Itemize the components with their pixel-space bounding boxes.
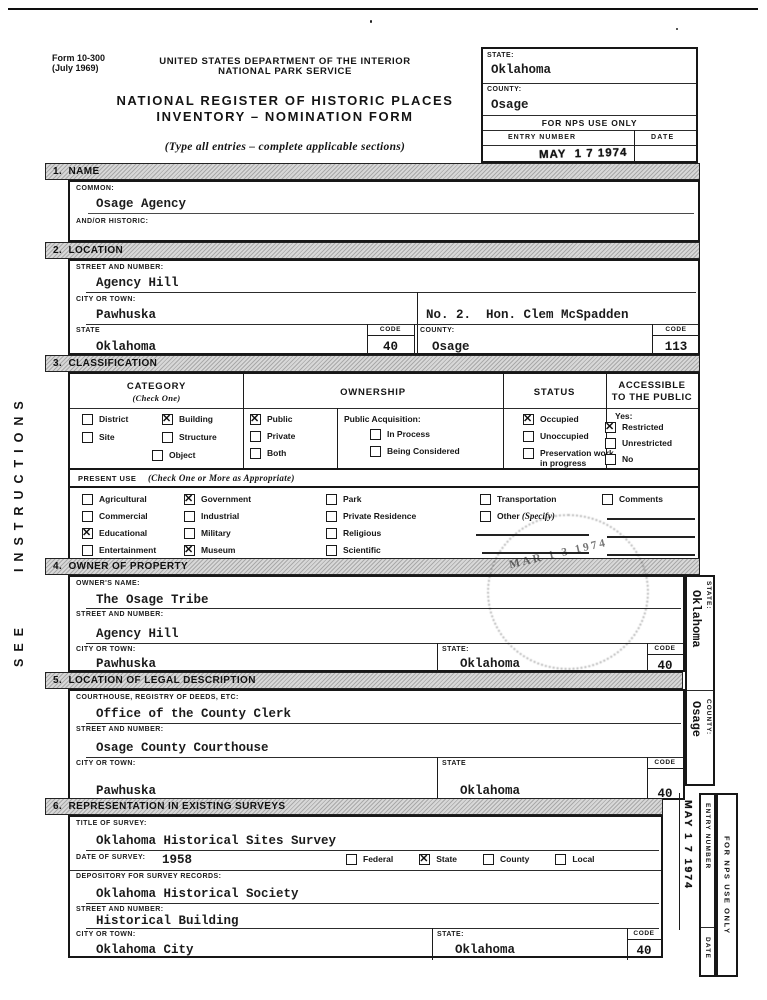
owner-name-field[interactable]: The Osage Tribe: [96, 593, 209, 607]
checkbox-item-park: Park: [326, 494, 416, 505]
category-subheader: (Check One): [70, 393, 243, 403]
nps-use-box: STATE: Oklahoma COUNTY: Osage FOR NPS US…: [481, 47, 698, 163]
being-considered-checkbox[interactable]: [370, 446, 381, 457]
state-code-field[interactable]: 40: [383, 340, 398, 354]
sidebar-nps-only-box: FOR NPS USE ONLY: [716, 793, 738, 977]
comments-checkbox[interactable]: [602, 494, 613, 505]
sidebar-state-field[interactable]: Oklahoma: [689, 590, 703, 648]
checkbox-item-both: Both: [250, 448, 295, 459]
city-label: CITY OR TOWN:: [76, 931, 136, 938]
military-checkbox[interactable]: [184, 528, 195, 539]
park-checkbox-label: Park: [343, 494, 361, 504]
divider-line: [86, 928, 659, 929]
comments-checkbox-label: Comments: [619, 494, 663, 504]
city-label: CITY OR TOWN:: [76, 760, 136, 767]
checkbox-item-industrial: Industrial: [184, 511, 251, 522]
street-label: STREET AND NUMBER:: [76, 264, 164, 271]
state-field[interactable]: Oklahoma: [455, 943, 515, 957]
entertainment-checkbox-label: Entertainment: [99, 545, 156, 555]
form-title-line1: NATIONAL REGISTER OF HISTORIC PLACES: [110, 93, 460, 108]
divider-line: [243, 374, 244, 468]
section-1-box: COMMON: Osage Agency AND/OR HISTORIC:: [68, 180, 700, 242]
transportation-checkbox[interactable]: [480, 494, 491, 505]
checkbox-item-structure: Structure: [162, 432, 217, 443]
divider-line: [432, 928, 433, 960]
divider-line: [627, 939, 661, 940]
section-5-header: 5. LOCATION OF LEGAL DESCRIPTION: [45, 672, 683, 689]
scientific-checkbox-label: Scientific: [343, 545, 381, 555]
depository-label: DEPOSITORY FOR SURVEY RECORDS:: [76, 873, 221, 880]
commercial-checkbox-label: Commercial: [99, 511, 148, 521]
entry-number-label: ENTRY NUMBER: [508, 134, 576, 141]
divider-line: [70, 870, 661, 871]
county-checkbox[interactable]: [483, 854, 494, 865]
divider-line: [701, 927, 714, 928]
checkbox-item-local: Local: [555, 854, 594, 865]
site-checkbox-label: Site: [99, 432, 115, 442]
code-cell: CODE 40: [647, 643, 683, 674]
scientific-checkbox[interactable]: [326, 545, 337, 556]
present-use-label-row: PRESENT USE (Check One or More as Approp…: [68, 470, 700, 488]
unoccupied-checkbox[interactable]: [523, 431, 534, 442]
object-checkbox-label: Object: [169, 450, 195, 460]
state-field[interactable]: Oklahoma: [491, 63, 551, 77]
restricted-checkbox[interactable]: [605, 422, 616, 433]
comments-blank-line[interactable]: [607, 518, 695, 520]
unrestricted-checkbox-label: Unrestricted: [622, 438, 672, 448]
state-checkbox[interactable]: [419, 854, 430, 865]
present-use-col2: GovernmentIndustrialMilitaryMuseum: [184, 494, 251, 556]
accessible-header-line1: ACCESSIBLE: [606, 380, 698, 391]
checkbox-item-occupied: Occupied: [523, 414, 615, 425]
classification-table: CATEGORY (Check One) OWNERSHIP STATUS AC…: [68, 372, 700, 470]
courthouse-label: COURTHOUSE, REGISTRY OF DEEDS, ETC:: [76, 694, 239, 701]
form-title-line2: INVENTORY – NOMINATION FORM: [110, 109, 460, 124]
checkbox-item-entertainment: Entertainment: [82, 545, 156, 556]
code-label: CODE: [633, 928, 654, 937]
section-5-box: COURTHOUSE, REGISTRY OF DEEDS, ETC: Offi…: [68, 689, 685, 800]
transportation-checkbox-label: Transportation: [497, 494, 557, 504]
section-2-header: 2. LOCATION: [45, 242, 700, 259]
checkbox-item-site: Site: [82, 432, 160, 443]
sidebar-county-field[interactable]: Osage: [689, 701, 703, 737]
code-field[interactable]: 40: [657, 659, 672, 673]
county-code-cell: CODE 113: [652, 324, 700, 357]
both-checkbox-label: Both: [267, 448, 286, 458]
local-checkbox[interactable]: [555, 854, 566, 865]
religious-checkbox-label: Religious: [343, 528, 381, 538]
object-checkbox[interactable]: [152, 450, 163, 461]
local-checkbox-label: Local: [572, 854, 594, 864]
checkbox-item-public: Public: [250, 414, 295, 425]
site-checkbox[interactable]: [82, 432, 93, 443]
divider-line: [86, 723, 681, 724]
street-label: STREET AND NUMBER:: [76, 611, 164, 618]
sidebar-date-label: DATE: [704, 937, 711, 959]
occupied-checkbox[interactable]: [523, 414, 534, 425]
section-2-box: STREET AND NUMBER: Agency Hill CITY OR T…: [68, 259, 700, 355]
city-field[interactable]: Oklahoma City: [96, 943, 194, 957]
sidebar-state-county-box: STATE: Oklahoma COUNTY: Osage: [685, 575, 715, 786]
sidebar-entry-date-box: ENTRY NUMBER DATE: [699, 793, 716, 977]
in-process-checkbox[interactable]: [370, 429, 381, 440]
state-label: STATE:: [487, 52, 514, 59]
private-residence-checkbox-label: Private Residence: [343, 511, 416, 521]
agency-line: NATIONAL PARK SERVICE: [150, 66, 420, 77]
divider-line: [337, 408, 338, 468]
checkbox-item-being-considered: Being Considered: [370, 446, 460, 457]
code-label: CODE: [380, 324, 401, 333]
checkbox-item-unrestricted: Unrestricted: [605, 438, 672, 449]
divider-line: [70, 408, 698, 409]
owner-name-label: OWNER'S NAME:: [76, 580, 140, 587]
divider-line: [414, 324, 415, 357]
field-underline: [88, 213, 694, 214]
status-header: STATUS: [503, 387, 606, 398]
divider-line: [687, 690, 713, 691]
checkbox-item-preservation-work-in-progress: Preservation work in progress: [523, 448, 615, 468]
survey-title-label: TITLE OF SURVEY:: [76, 820, 147, 827]
checkbox-item-in-process: In Process: [370, 429, 460, 440]
sidebar-entry-number-label: ENTRY NUMBER: [704, 803, 711, 869]
county-checkbox-label: County: [500, 854, 529, 864]
state-label: STATE: [442, 760, 466, 767]
street-field[interactable]: Agency Hill: [96, 276, 179, 290]
checkbox-item-agricultural: Agricultural: [82, 494, 156, 505]
county-label: COUNTY:: [487, 86, 522, 93]
checkbox-item-federal: Federal: [346, 854, 393, 865]
code-label: CODE: [665, 324, 686, 333]
no-checkbox[interactable]: [605, 454, 616, 465]
checkbox-item-religious: Religious: [326, 528, 416, 539]
county-field[interactable]: Osage: [432, 340, 470, 354]
in-process-checkbox-label: In Process: [387, 429, 430, 439]
checkbox-item-scientific: Scientific: [326, 545, 416, 556]
religious-checkbox[interactable]: [326, 528, 337, 539]
divider-line: [483, 130, 696, 131]
checkbox-item-government: Government: [184, 494, 251, 505]
federal-checkbox-label: Federal: [363, 854, 393, 864]
divider-line: [437, 643, 438, 674]
sidebar-county-label: COUNTY:: [705, 699, 712, 735]
preservation-work-in-progress-checkbox-label: Preservation work in progress: [540, 448, 615, 468]
divider-line: [647, 654, 683, 655]
state-label: STATE:: [437, 931, 464, 938]
divider-line: [652, 335, 700, 336]
city-label: CITY OR TOWN:: [76, 296, 136, 303]
checkbox-item-military: Military: [184, 528, 251, 539]
public-checkbox-label: Public: [267, 414, 293, 424]
public-checkbox[interactable]: [250, 414, 261, 425]
checkbox-item-commercial: Commercial: [82, 511, 156, 522]
military-checkbox-label: Military: [201, 528, 231, 538]
divider-line: [634, 130, 635, 162]
occupied-checkbox-label: Occupied: [540, 414, 579, 424]
date-label: DATE: [651, 134, 674, 141]
no-checkbox-label: No: [622, 454, 633, 464]
city-field[interactable]: Pawhuska: [96, 308, 156, 322]
checkbox-item-county: County: [483, 854, 529, 865]
survey-date-field[interactable]: 1958: [162, 853, 192, 867]
checkbox-item-museum: Museum: [184, 545, 251, 556]
private-residence-checkbox[interactable]: [326, 511, 337, 522]
divider-line: [86, 903, 659, 904]
checkbox-item-restricted: Restricted: [605, 422, 672, 433]
city-field[interactable]: Pawhuska: [96, 657, 156, 671]
divider-line: [679, 793, 680, 930]
restricted-checkbox-label: Restricted: [622, 422, 664, 432]
street-field[interactable]: Osage County Courthouse: [96, 741, 269, 755]
code-cell: CODE 40: [647, 757, 683, 802]
agricultural-checkbox[interactable]: [82, 494, 93, 505]
building-checkbox-label: Building: [179, 414, 213, 424]
commercial-checkbox[interactable]: [82, 511, 93, 522]
section-3-header: 3. CLASSIFICATION: [45, 355, 700, 372]
state-label: STATE:: [442, 646, 469, 653]
divider-line: [503, 374, 504, 468]
government-checkbox-label: Government: [201, 494, 251, 504]
divider-line: [86, 292, 696, 293]
private-checkbox[interactable]: [250, 431, 261, 442]
received-stamp-circle: [487, 514, 649, 670]
structure-checkbox-label: Structure: [179, 432, 217, 442]
educational-checkbox-label: Educational: [99, 528, 147, 538]
code-field[interactable]: 40: [636, 944, 651, 958]
accessible-header-line2: TO THE PUBLIC: [606, 392, 698, 403]
scan-speck: [676, 28, 678, 30]
divider-line: [367, 335, 414, 336]
agricultural-checkbox-label: Agricultural: [99, 494, 147, 504]
section-1-header: 1. NAME: [45, 163, 700, 180]
federal-checkbox[interactable]: [346, 854, 357, 865]
checkbox-item-private-residence: Private Residence: [326, 511, 416, 522]
county-label: COUNTY:: [420, 327, 455, 334]
section-6-header: 6. REPRESENTATION IN EXISTING SURVEYS: [45, 798, 663, 815]
county-field[interactable]: Osage: [491, 98, 529, 112]
ownership-checkbox-group: PublicPrivateBoth: [250, 414, 295, 459]
divider-line: [437, 757, 438, 802]
congressional-district-field[interactable]: No. 2. Hon. Clem McSpadden: [426, 308, 629, 322]
structure-checkbox[interactable]: [162, 432, 173, 443]
museum-checkbox[interactable]: [184, 545, 195, 556]
city-label: CITY OR TOWN:: [76, 646, 136, 653]
sidebar-state-label: STATE:: [705, 581, 712, 610]
checkbox-item-district: District: [82, 414, 160, 425]
divider-line: [483, 115, 696, 116]
checkbox-item-private: Private: [250, 431, 295, 442]
present-use-label: PRESENT USE: [78, 474, 136, 483]
sidebar-nps-only-label: FOR NPS USE ONLY: [723, 836, 732, 935]
scan-speck: [370, 20, 372, 23]
form-number: Form 10-300: [52, 53, 105, 63]
district-checkbox[interactable]: [82, 414, 93, 425]
street-field[interactable]: Agency Hill: [96, 627, 179, 641]
common-name-label: COMMON:: [76, 185, 114, 192]
nomination-form-page: Form 10-300 (July 1969) UNITED STATES DE…: [0, 0, 767, 1000]
divider-line: [483, 145, 696, 146]
present-use-col3: ParkPrivate ResidenceReligiousScientific: [326, 494, 416, 556]
checkbox-item-building: Building: [162, 414, 217, 425]
survey-date-label: DATE OF SURVEY:: [76, 854, 145, 861]
state-field[interactable]: Oklahoma: [460, 784, 520, 798]
checkbox-item-state: State: [419, 854, 457, 865]
accessible-yes-label: Yes:: [615, 411, 633, 421]
state-field[interactable]: Oklahoma: [460, 657, 520, 671]
preservation-work-in-progress-checkbox[interactable]: [523, 448, 534, 459]
see-instructions-note: SEE INSTRUCTIONS: [12, 372, 26, 667]
depository-field[interactable]: Oklahoma Historical Society: [96, 887, 299, 901]
public-acquisition-label: Public Acquisition:: [344, 414, 421, 424]
divider-line: [647, 768, 683, 769]
courthouse-field[interactable]: Office of the County Clerk: [96, 707, 291, 721]
street-label: STREET AND NUMBER:: [76, 726, 164, 733]
checkbox-item-transportation: Transportation: [480, 494, 557, 505]
other-checkbox[interactable]: [480, 511, 491, 522]
state-checkbox-label: State: [436, 854, 457, 864]
district-checkbox-label: District: [99, 414, 128, 424]
survey-title-field[interactable]: Oklahoma Historical Sites Survey: [96, 834, 336, 848]
code-label: CODE: [654, 643, 675, 652]
divider-line: [86, 757, 683, 758]
checkbox-item-unoccupied: Unoccupied: [523, 431, 615, 442]
date-received-stamp: MAY 1 7 1974: [539, 147, 628, 161]
state-label: STATE: [76, 327, 100, 334]
checkbox-item-no: No: [605, 454, 672, 465]
present-use-col1: AgriculturalCommercialEducationalEnterta…: [82, 494, 156, 556]
checkbox-item-comments: Comments: [602, 494, 663, 505]
city-field[interactable]: Pawhuska: [96, 784, 156, 798]
industrial-checkbox[interactable]: [184, 511, 195, 522]
status-checkbox-group: OccupiedUnoccupiedPreservation work in p…: [523, 414, 615, 468]
museum-checkbox-label: Museum: [201, 545, 235, 555]
accessible-checkbox-group: RestrictedUnrestrictedNo: [605, 422, 672, 465]
historic-name-label: AND/OR HISTORIC:: [76, 218, 148, 225]
being-considered-checkbox-label: Being Considered: [387, 446, 460, 456]
checkbox-item-object: Object: [152, 450, 217, 461]
ownership-header: OWNERSHIP: [243, 387, 503, 398]
present-use-col5: Comments: [602, 494, 663, 505]
category-checkbox-group: DistrictBuildingSiteStructureObject: [82, 414, 217, 461]
common-name-field[interactable]: Osage Agency: [96, 197, 186, 211]
county-code-field[interactable]: 113: [665, 340, 688, 354]
present-use-note: (Check One or More as Appropriate): [148, 473, 348, 483]
survey-level-checkbox-group: FederalStateCountyLocal: [346, 854, 595, 865]
street-field[interactable]: Historical Building: [96, 914, 239, 928]
form-revision-date: (July 1969): [52, 63, 99, 73]
code-cell: CODE 40: [627, 928, 661, 960]
sidebar-date-stamp: MAY 1 7 1974: [682, 800, 694, 890]
category-header: CATEGORY: [70, 381, 243, 392]
code-label: CODE: [654, 757, 675, 766]
both-checkbox[interactable]: [250, 448, 261, 459]
checkbox-item-educational: Educational: [82, 528, 156, 539]
section-6-box: TITLE OF SURVEY: Oklahoma Historical Sit…: [68, 815, 663, 958]
state-code-cell: CODE 40: [367, 324, 414, 357]
street-label: STREET AND NUMBER:: [76, 906, 164, 913]
acquisition-checkbox-group: In ProcessBeing Considered: [370, 429, 460, 457]
unrestricted-checkbox[interactable]: [605, 438, 616, 449]
divider-line: [86, 850, 659, 851]
divider-line: [483, 83, 696, 84]
scan-edge-line: [8, 8, 758, 10]
government-checkbox[interactable]: [184, 494, 195, 505]
educational-checkbox[interactable]: [82, 528, 93, 539]
private-checkbox-label: Private: [267, 431, 295, 441]
nps-use-only-label: FOR NPS USE ONLY: [483, 118, 696, 128]
entertainment-checkbox[interactable]: [82, 545, 93, 556]
unoccupied-checkbox-label: Unoccupied: [540, 431, 589, 441]
industrial-checkbox-label: Industrial: [201, 511, 239, 521]
building-checkbox[interactable]: [162, 414, 173, 425]
park-checkbox[interactable]: [326, 494, 337, 505]
type-instructions-note: (Type all entries – complete applicable …: [110, 141, 460, 153]
state-field[interactable]: Oklahoma: [96, 340, 156, 354]
